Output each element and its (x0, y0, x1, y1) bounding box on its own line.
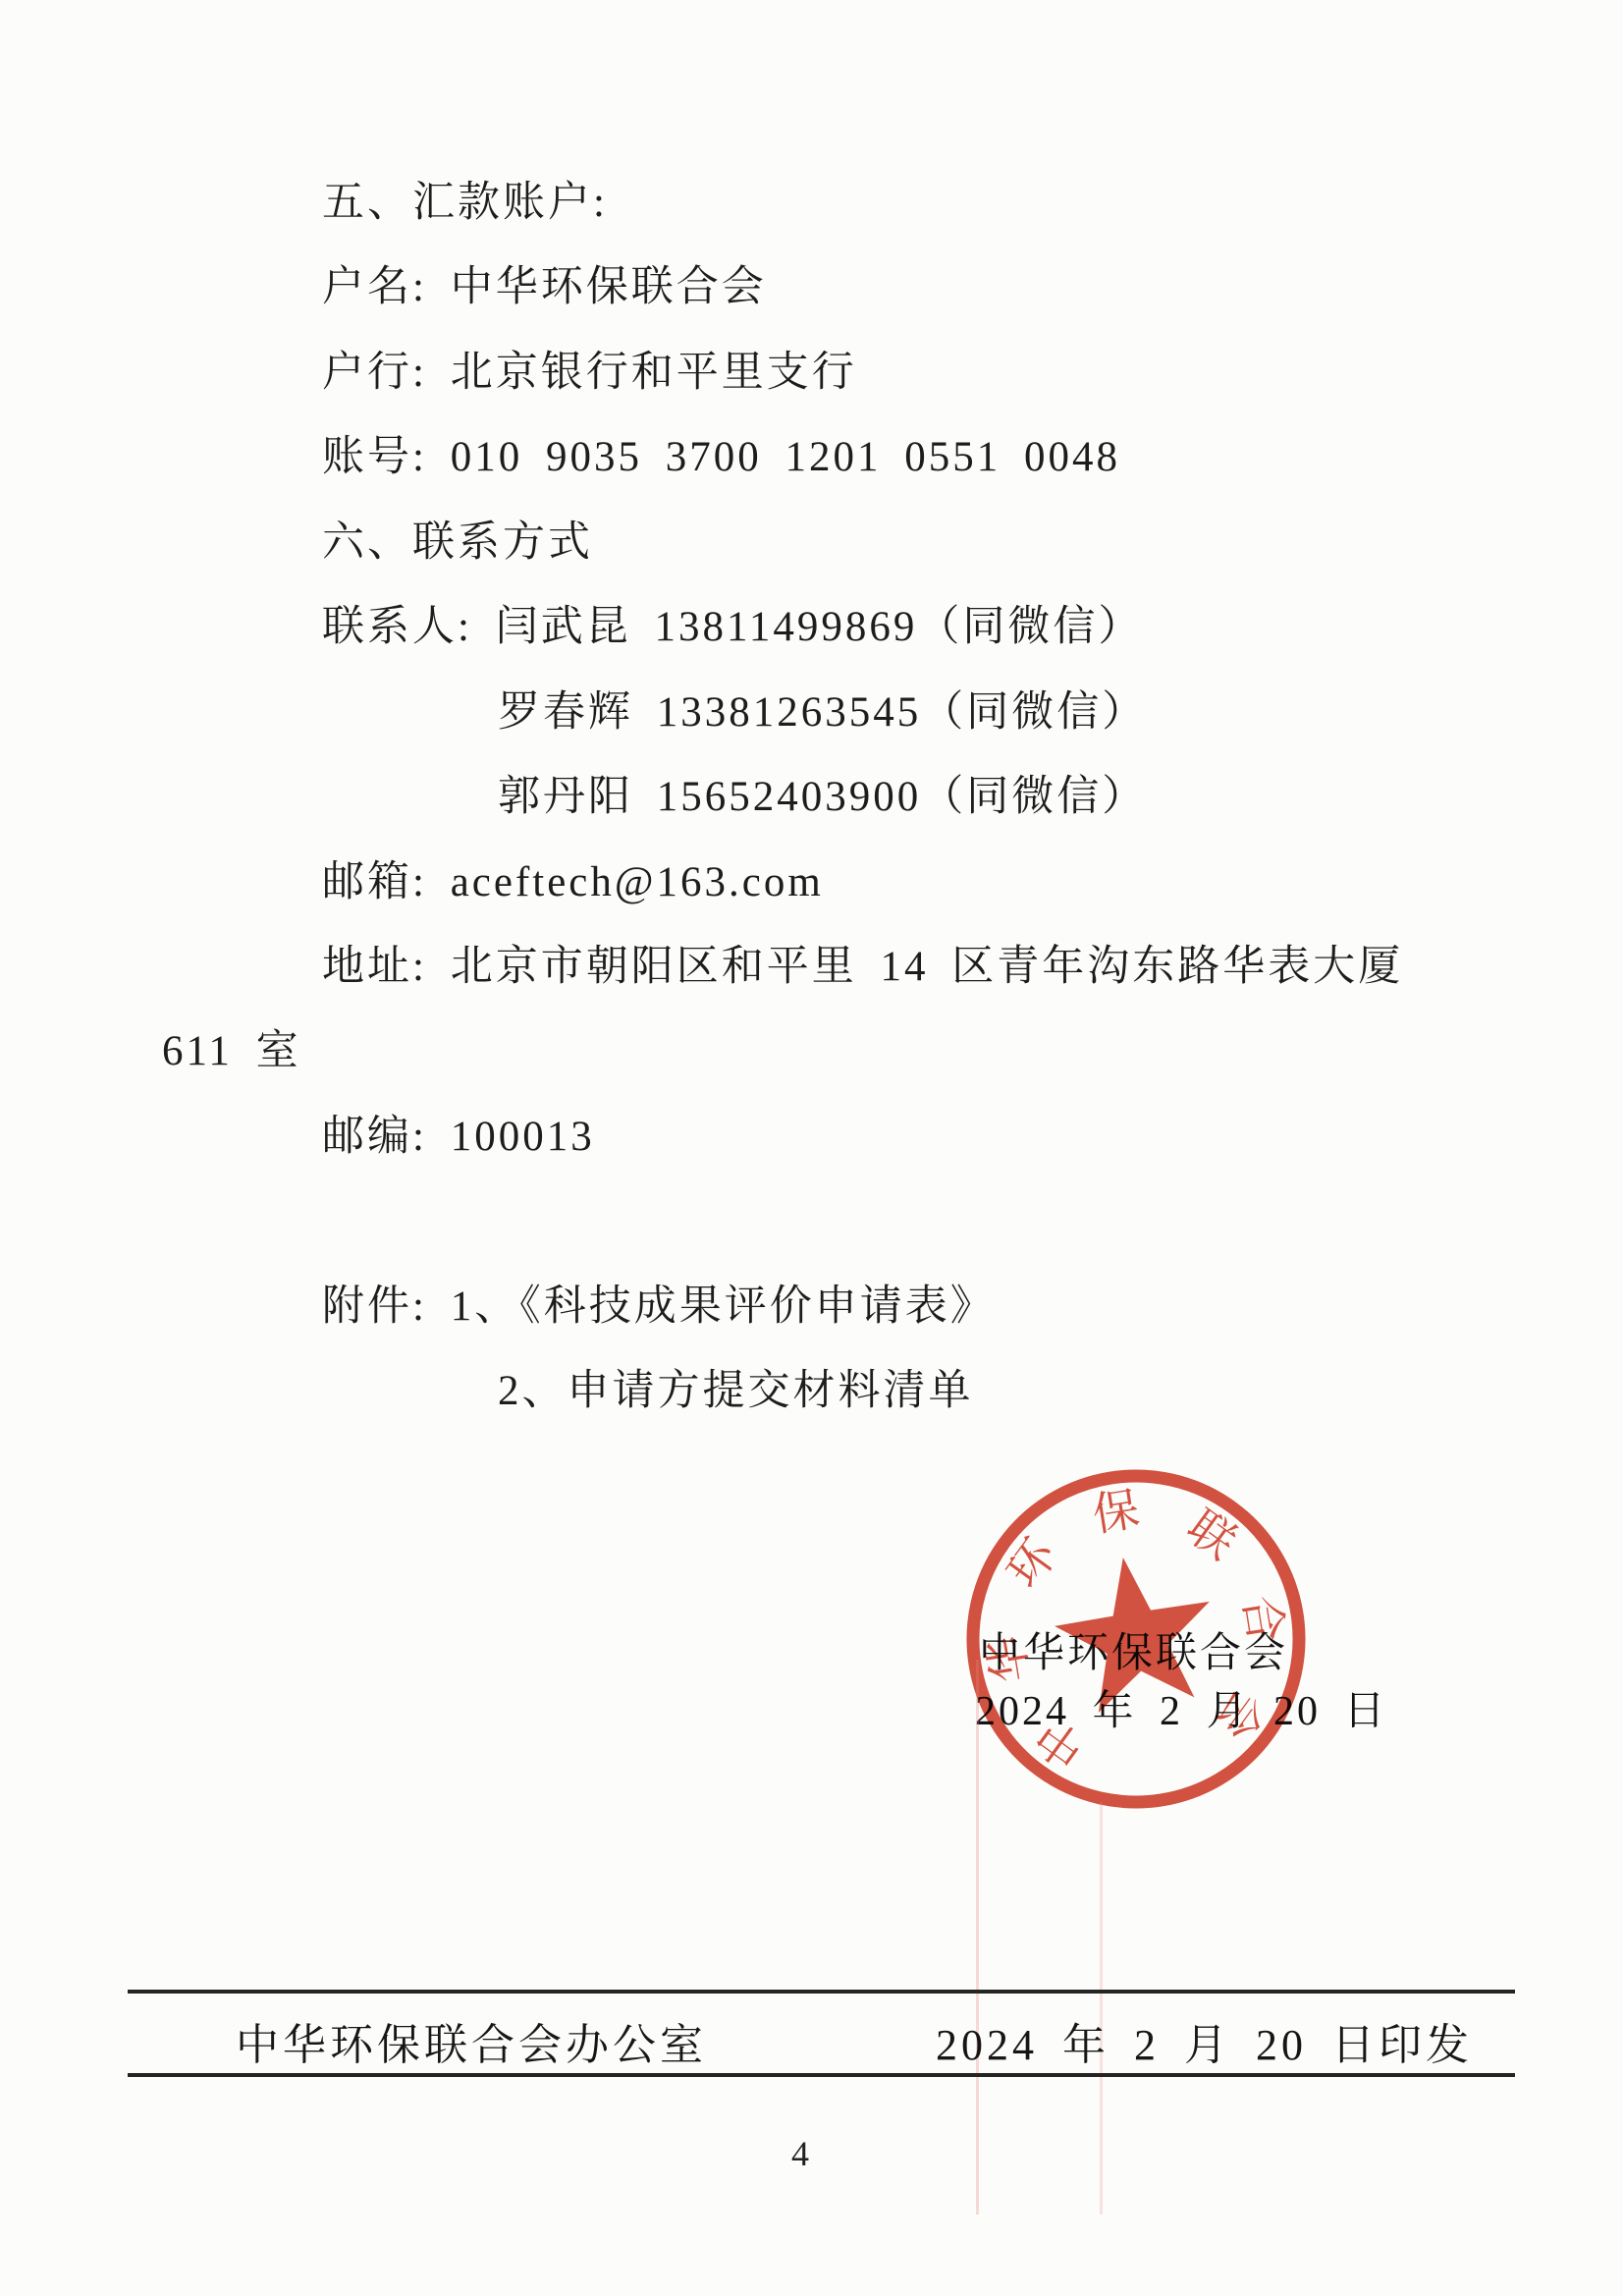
seal-arc-char: 华 (981, 1632, 1039, 1686)
seal-arc-char: 保 (1089, 1484, 1143, 1542)
footer-rule-bottom (128, 2073, 1515, 2077)
account-name: 户名: 中华环保联合会 (322, 264, 767, 311)
footer-office: 中华环保联合会办公室 (236, 2009, 707, 2072)
scan-streak-artifact (1100, 1802, 1103, 2214)
page-number: 4 (781, 2133, 820, 2174)
attachment-2: 2、申请方提交材料清单 (498, 1368, 974, 1415)
official-seal-stamp: 中 华 环 保 联 合 会 (940, 1443, 1332, 1835)
attachment-1: 附件: 1、《科技成果评价申请表》 (322, 1284, 996, 1331)
contact-person-2: 罗春辉 13381263545（同微信） (498, 689, 1147, 737)
footer-rule-top (128, 1990, 1515, 1994)
contact-person-1: 联系人: 闫武昆 13811499869（同微信） (322, 604, 1143, 651)
section-5-heading: 五、汇款账户: (322, 180, 608, 227)
section-6-heading: 六、联系方式 (322, 519, 593, 567)
address-line-2: 611 室 (162, 1028, 301, 1075)
footer-issue-date: 2024 年 2 月 20 日印发 (936, 2009, 1473, 2072)
postal-code: 邮编: 100013 (322, 1114, 595, 1161)
seal-arc-char: 合 (1233, 1592, 1291, 1646)
contact-person-3: 郭丹阳 15652403900（同微信） (498, 774, 1147, 821)
address-line-1: 地址: 北京市朝阳区和平里 14 区青年沟东路华表大厦 (322, 944, 1403, 991)
document-page: 五、汇款账户: 户名: 中华环保联合会 户行: 北京银行和平里支行 账号: 01… (0, 0, 1623, 2296)
bank-branch: 户行: 北京银行和平里支行 (322, 350, 857, 397)
account-number: 账号: 010 9035 3700 1201 0551 0048 (322, 434, 1120, 481)
star-icon (1046, 1546, 1224, 1718)
email: 邮箱: aceftech@163.com (322, 859, 824, 906)
